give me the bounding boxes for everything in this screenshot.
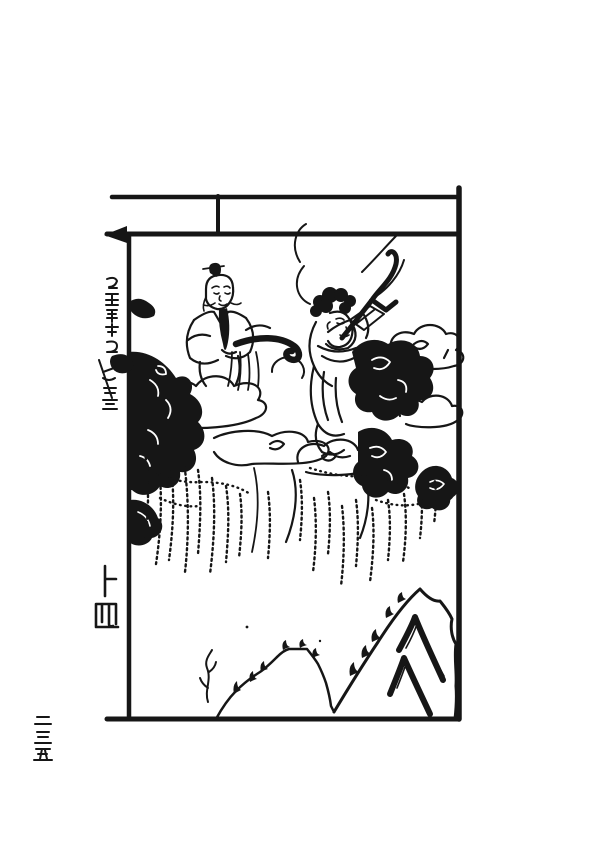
leaf-number-glyphs bbox=[96, 566, 118, 627]
vine-strand bbox=[226, 486, 228, 562]
left-ridge bbox=[216, 657, 277, 719]
vine-strand bbox=[300, 480, 302, 540]
vine-strand bbox=[239, 494, 242, 558]
dark-rock-left-top bbox=[129, 299, 155, 319]
ridge-tufts bbox=[233, 661, 268, 694]
slope-tufts bbox=[350, 592, 407, 676]
handwritten-annotation-lower-glyphs bbox=[103, 368, 117, 409]
mountain-ridge-b bbox=[390, 658, 430, 714]
big-mountain-outline bbox=[334, 589, 456, 719]
frame-left-wedge bbox=[104, 226, 127, 243]
vine-strand bbox=[403, 494, 406, 562]
grass-spike bbox=[200, 650, 216, 702]
vine-strand bbox=[420, 484, 422, 538]
vine-strand bbox=[198, 470, 200, 554]
margin-glyphs bbox=[34, 278, 134, 760]
vine-tendril bbox=[252, 468, 258, 552]
elder-immortal-figure bbox=[187, 263, 304, 390]
center-cliff-upper bbox=[349, 340, 434, 421]
vine-strand bbox=[210, 478, 214, 574]
flat-top-peak bbox=[277, 649, 334, 712]
woodblock-illustration bbox=[0, 0, 600, 845]
vine-strand bbox=[184, 462, 188, 572]
page-number-glyphs bbox=[34, 717, 52, 760]
youth-figure bbox=[295, 224, 404, 457]
book-page: 二三五 十四 七事□□巴（漫漶不清） □二五（漫漶不清） bbox=[0, 0, 600, 845]
vine-strand bbox=[268, 492, 270, 558]
vine-strand bbox=[356, 500, 358, 566]
vine-strand bbox=[313, 498, 316, 572]
ink-speck bbox=[246, 626, 249, 629]
handwritten-annotation-upper-glyphs bbox=[106, 278, 118, 352]
cliffs bbox=[129, 299, 459, 546]
vine-strand bbox=[328, 492, 330, 554]
cloud-curl bbox=[270, 441, 284, 449]
ink-speck bbox=[319, 640, 321, 642]
vine-strand bbox=[341, 506, 344, 586]
vine-strand bbox=[370, 508, 373, 582]
vine-strand bbox=[388, 500, 390, 560]
mountains bbox=[200, 589, 456, 719]
